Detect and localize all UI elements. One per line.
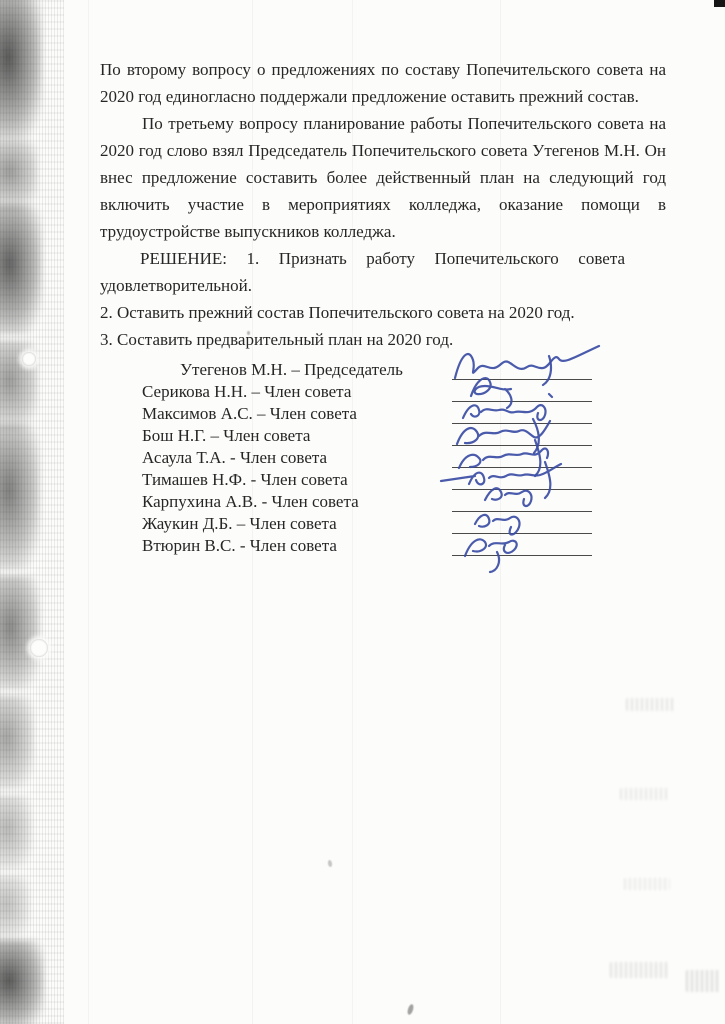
punch-hole-top xyxy=(22,352,36,366)
member-label: Максимов А.С. – Член совета xyxy=(142,404,357,423)
member-label: Карпухина А.В. - Член совета xyxy=(142,492,359,511)
scan-blotch xyxy=(0,875,30,940)
member-label: Асаула Т.А. - Член совета xyxy=(142,448,327,467)
member-row: Бош Н.Г. – Член совета xyxy=(142,425,666,447)
bleedthrough-smudge xyxy=(620,788,668,800)
paragraph-second-question: По второму вопросу о предложениях по сос… xyxy=(100,56,666,110)
bleedthrough-smudge xyxy=(686,970,720,992)
signature-line xyxy=(452,379,592,380)
scan-blotch xyxy=(0,940,44,1024)
signature-line xyxy=(452,401,592,402)
scan-artifact-left-band xyxy=(0,0,64,1024)
members-signature-list: Утегенов М.Н. – Председатель Серикова Н.… xyxy=(142,359,666,557)
signature-line xyxy=(452,555,592,556)
scan-blotch xyxy=(0,140,38,210)
document-content: По второму вопросу о предложениях по сос… xyxy=(100,56,666,557)
scan-speck xyxy=(327,860,332,868)
scan-blotch xyxy=(0,0,42,140)
member-label: Тимашев Н.Ф. - Член совета xyxy=(142,470,348,489)
member-row: Карпухина А.В. - Член совета xyxy=(142,491,666,513)
member-row: Утегенов М.Н. – Председатель xyxy=(142,359,666,381)
member-row: Максимов А.С. – Член совета xyxy=(142,403,666,425)
signature-line xyxy=(452,511,592,512)
member-label: Бош Н.Г. – Член совета xyxy=(142,426,310,445)
scan-blotch xyxy=(0,205,42,335)
decision-item-3: 3. Составить предварительный план на 202… xyxy=(100,326,625,353)
member-row: Жаукин Д.Б. – Член совета xyxy=(142,513,666,535)
scanner-streak xyxy=(88,0,89,1024)
signature-line xyxy=(452,445,592,446)
member-row: Асаула Т.А. - Член совета xyxy=(142,447,666,469)
scan-blotch xyxy=(0,425,40,570)
member-label: Утегенов М.Н. – Председатель xyxy=(142,360,403,379)
scan-blotch xyxy=(0,575,40,690)
paragraph-third-question: По третьему вопросу планирование работы … xyxy=(100,110,666,245)
signature-line xyxy=(452,423,592,424)
scan-blotch xyxy=(0,795,32,870)
bleedthrough-smudge xyxy=(624,878,670,890)
signature-line xyxy=(452,467,592,468)
member-label: Жаукин Д.Б. – Член совета xyxy=(142,514,337,533)
scan-speck xyxy=(406,1003,414,1015)
bleedthrough-smudge xyxy=(610,962,670,978)
signature-line xyxy=(452,533,592,534)
scan-blotch xyxy=(0,695,34,790)
member-row: Серикова Н.Н. – Член совета xyxy=(142,381,666,403)
member-row: Тимашев Н.Ф. - Член совета xyxy=(142,469,666,491)
punch-hole-bottom xyxy=(30,639,48,657)
scan-corner-mark xyxy=(714,0,725,7)
scanned-document-page: По второму вопросу о предложениях по сос… xyxy=(0,0,725,1024)
signature-line xyxy=(452,489,592,490)
decision-item-2: 2. Оставить прежний состав Попечительско… xyxy=(100,299,625,326)
decision-item-1: РЕШЕНИЕ: 1. Признать работу Попечительск… xyxy=(100,245,625,299)
member-label: Втюрин В.С. - Член совета xyxy=(142,536,337,555)
member-label: Серикова Н.Н. – Член совета xyxy=(142,382,351,401)
member-row: Втюрин В.С. - Член совета xyxy=(142,535,666,557)
bleedthrough-smudge xyxy=(626,698,676,711)
